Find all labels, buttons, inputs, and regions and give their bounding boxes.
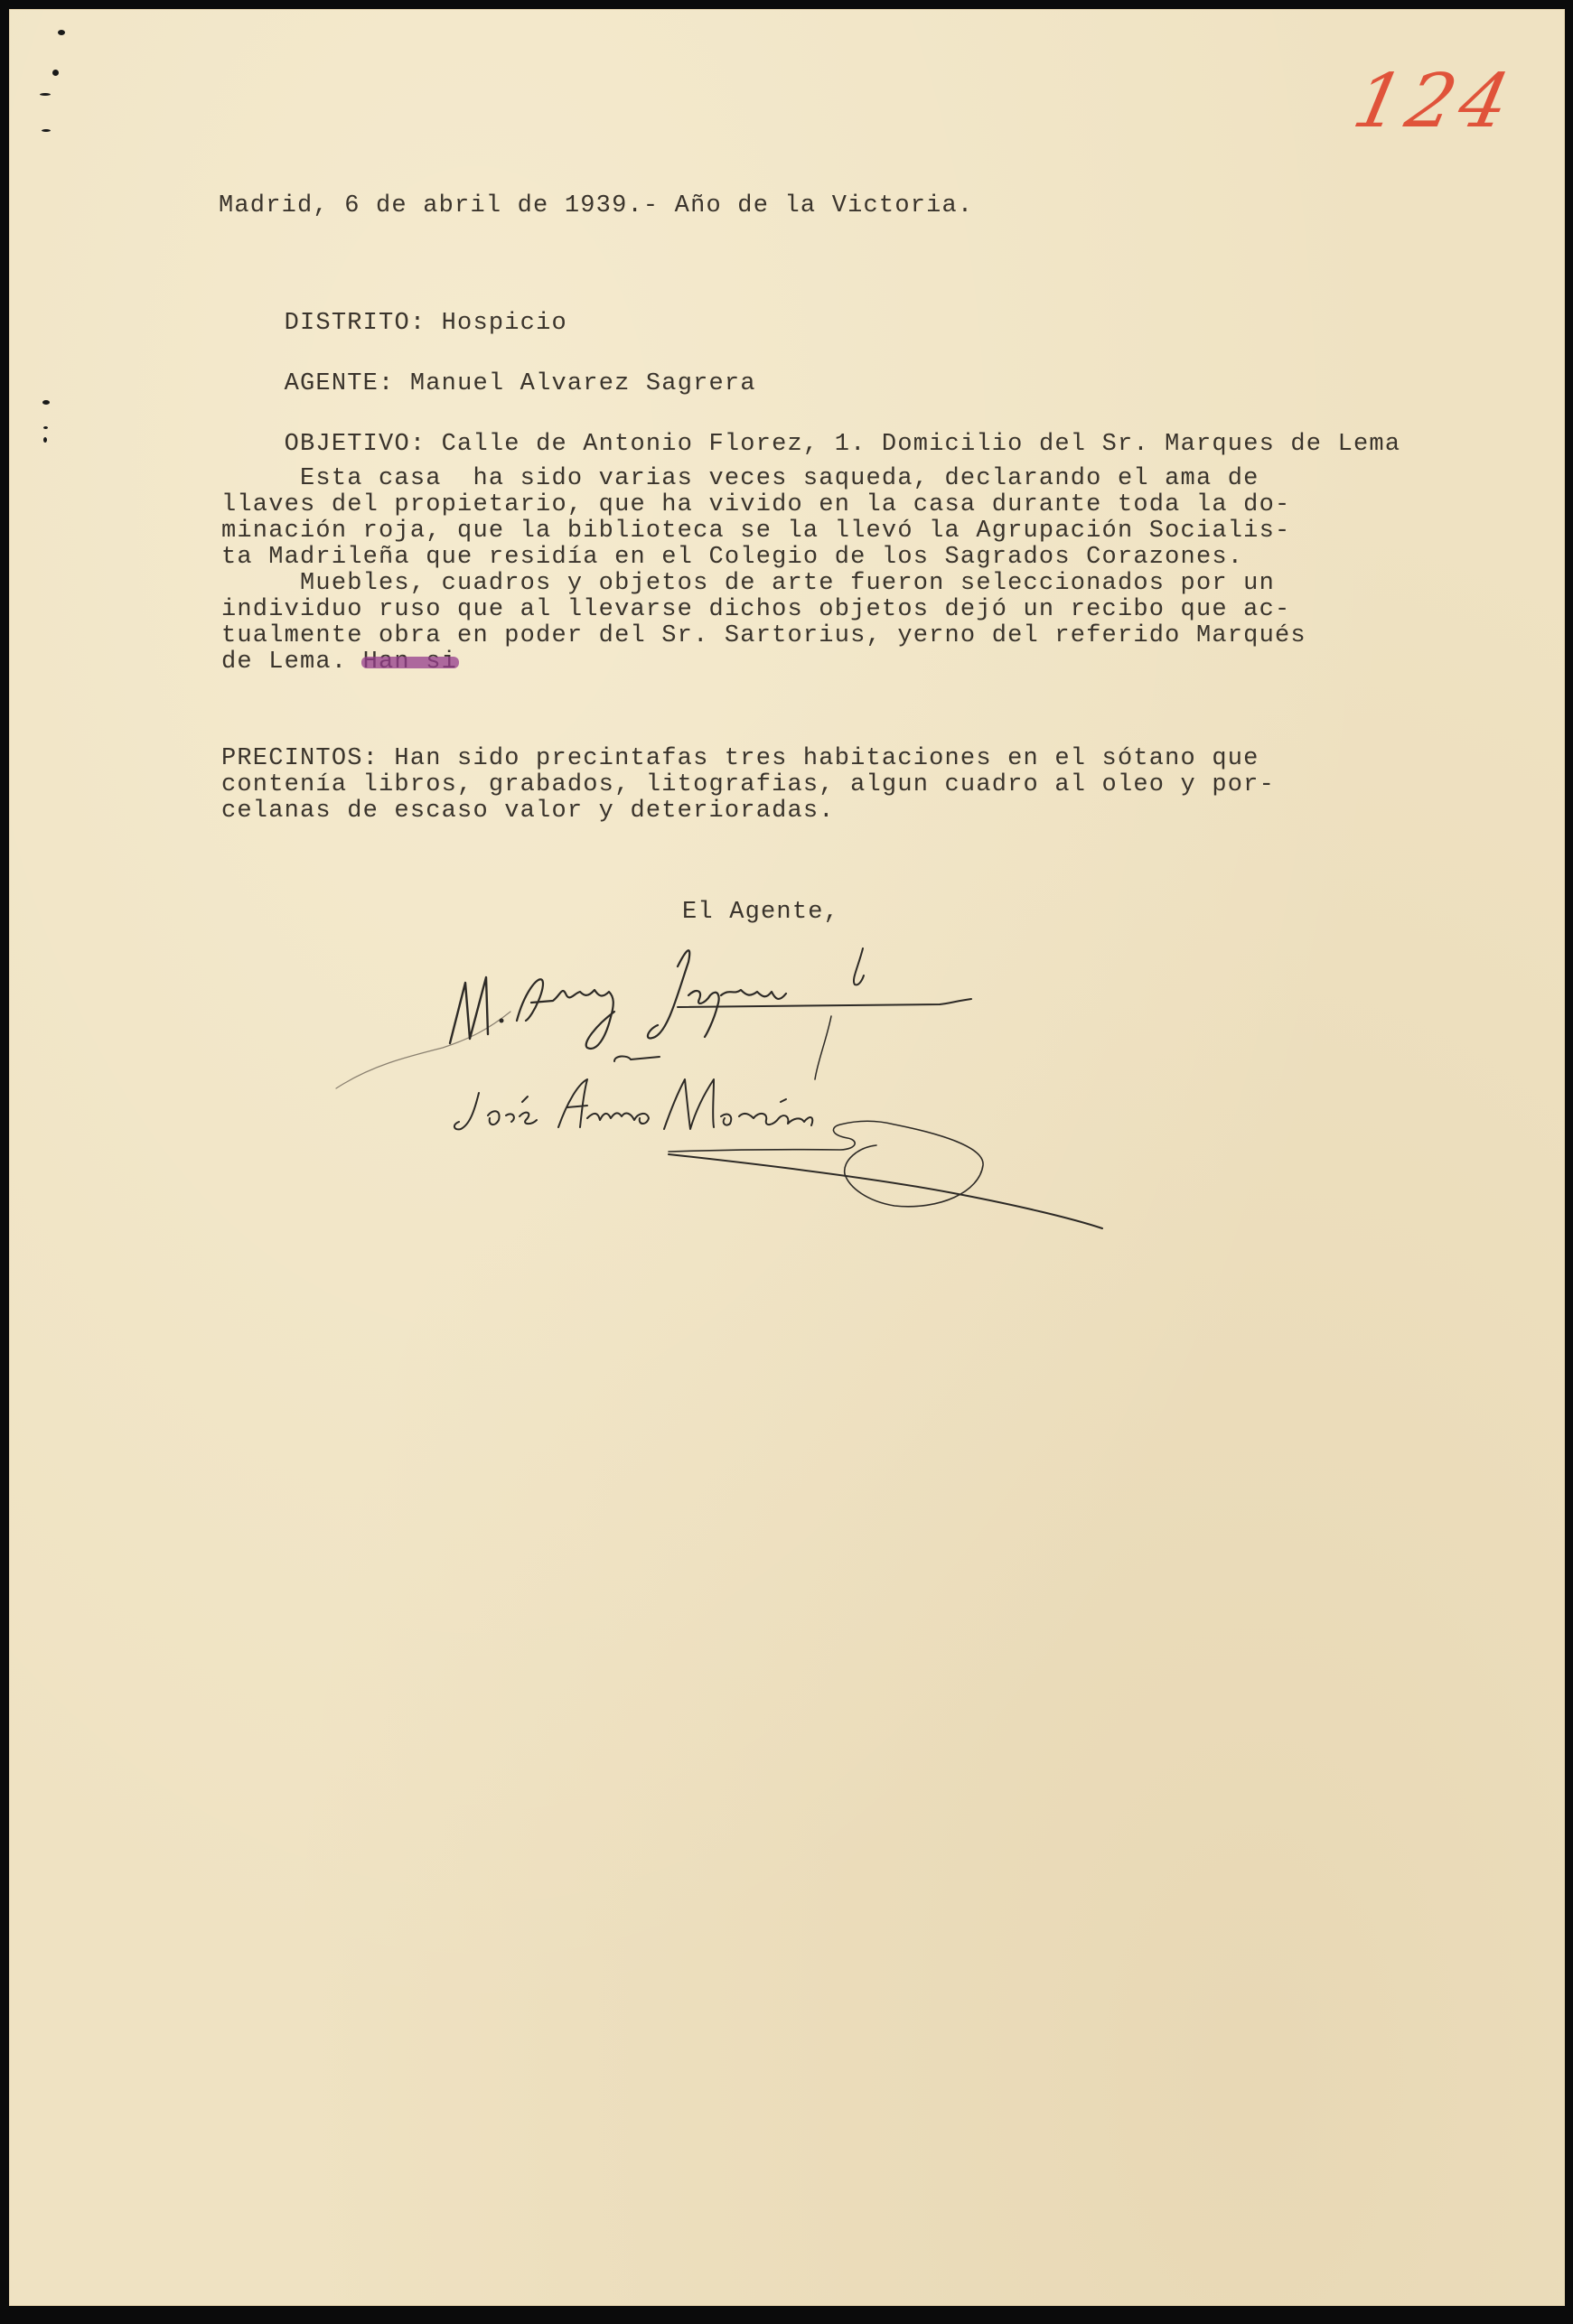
struck-out-text: Han si <box>363 649 457 676</box>
precintos-line: celanas de escaso valor y deterioradas. <box>221 798 835 825</box>
precintos-line: contenía libros, grabados, litografias, … <box>221 771 1275 798</box>
agente-label: AGENTE: <box>285 370 395 397</box>
binding-hole <box>58 30 65 35</box>
precintos-line: PRECINTOS: Han sido precintafas tres hab… <box>221 745 1259 772</box>
body-line-text: de Lema. <box>221 649 363 676</box>
binding-hole <box>42 400 50 405</box>
binding-hole <box>40 93 51 96</box>
distrito-label: DISTRITO: <box>285 310 426 337</box>
binding-hole <box>52 70 59 76</box>
body-line: ta Madrileña que residía en el Colegio d… <box>221 544 1243 571</box>
body-line: minación roja, que la biblioteca se la l… <box>221 518 1290 545</box>
body-line: individuo ruso que al llevarse dichos ob… <box>221 596 1290 623</box>
agente-value: Manuel Alvarez Sagrera <box>410 370 756 397</box>
objetivo-label: OBJETIVO: <box>285 431 426 458</box>
body-line-last: de Lema. Han si <box>221 649 457 676</box>
folio-number: 124 <box>1346 59 1522 145</box>
archival-document-page: 124 Madrid, 6 de abril de 1939.- Año de … <box>9 9 1565 2306</box>
body-line: llaves del propietario, que ha vivido en… <box>221 491 1290 518</box>
body-line: tualmente obra en poder del Sr. Sartoriu… <box>221 622 1306 649</box>
binding-hole <box>43 426 48 429</box>
body-line: Esta casa ha sido varias veces saqueda, … <box>221 465 1259 492</box>
binding-hole <box>42 129 51 132</box>
closing-text: El Agente, <box>682 899 839 926</box>
objetivo-value: Calle de Antonio Florez, 1. Domicilio de… <box>442 431 1401 458</box>
body-line: Muebles, cuadros y objetos de arte fuero… <box>221 570 1275 597</box>
date-line: Madrid, 6 de abril de 1939.- Año de la V… <box>219 192 973 219</box>
signature-arriero-morana <box>316 1075 1400 1328</box>
distrito-value: Hospicio <box>442 310 567 337</box>
binding-hole <box>43 437 47 443</box>
